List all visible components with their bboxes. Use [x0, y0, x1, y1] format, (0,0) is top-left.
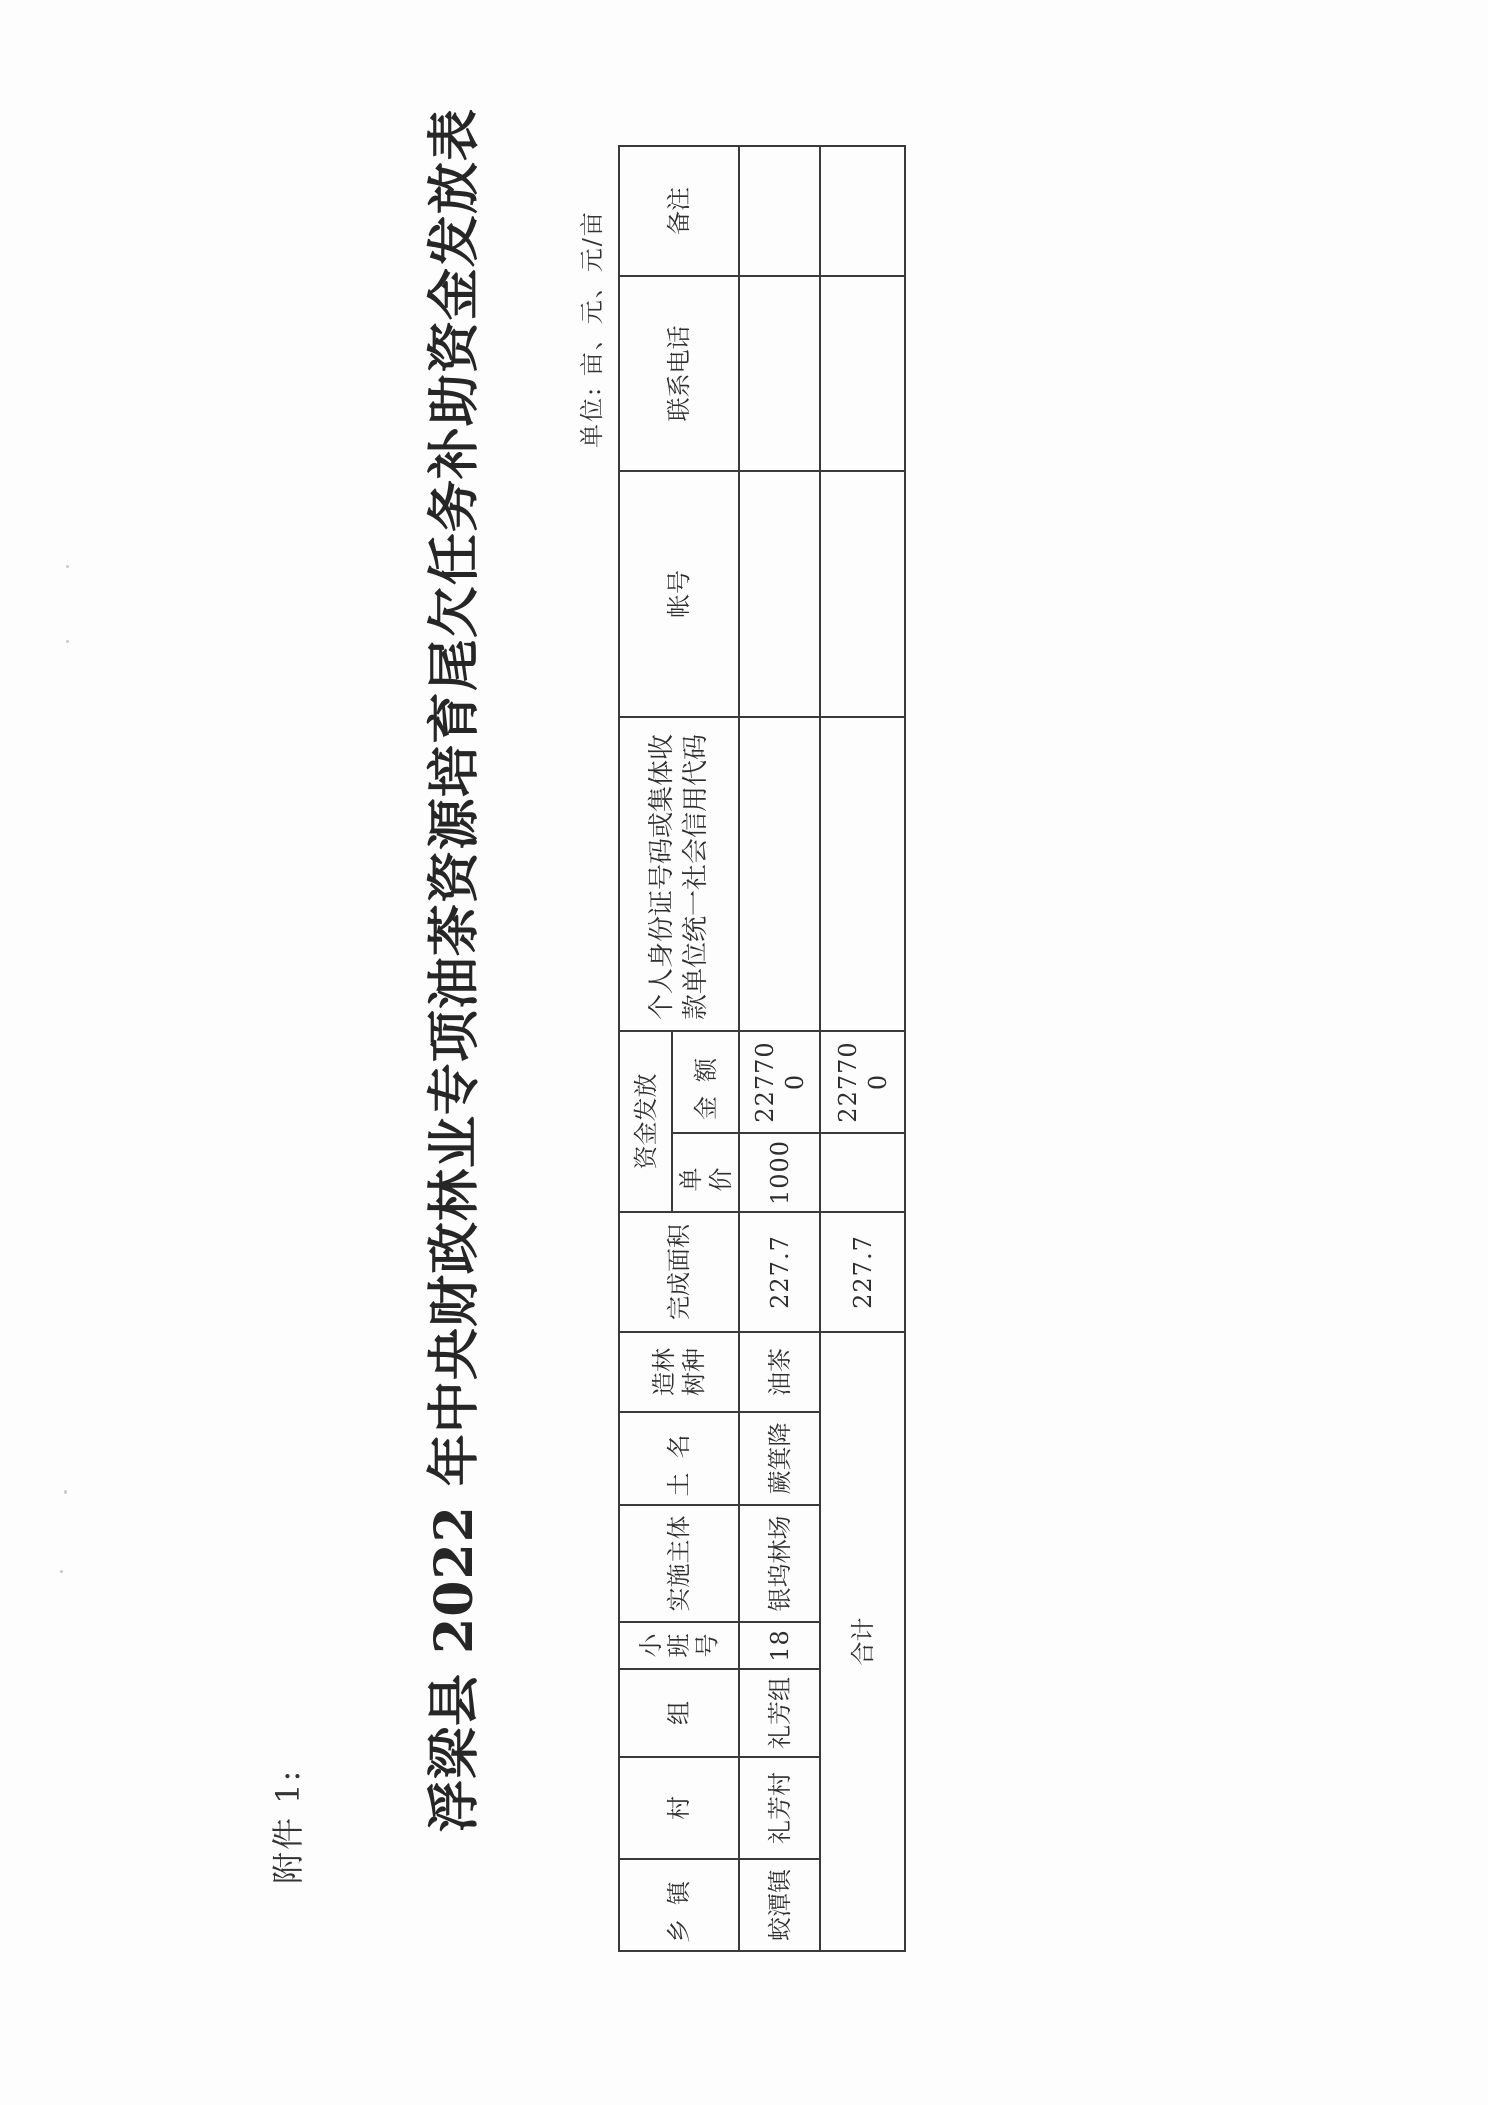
table-total-row: 合计 227.7 227700: [820, 146, 905, 1951]
header-local-name: 土名: [619, 1412, 739, 1505]
scan-speck: [66, 565, 69, 568]
cell-township: 蛟潭镇: [739, 1859, 820, 1951]
total-unit-price: [820, 1133, 905, 1212]
units-note: 单位: 亩、元、元/亩: [577, 210, 607, 448]
scan-speck: [66, 640, 69, 643]
total-amount: 227700: [820, 1031, 905, 1133]
header-tree-species: 造林树种: [619, 1332, 739, 1412]
cell-completed-area: 227.7: [739, 1212, 820, 1332]
header-phone: 联系电话: [619, 276, 739, 471]
subsidy-table-grid: 乡镇 村 组 小班号 实施主体 土名 造林树种 完成面积 资金发放 个人身份证号…: [618, 145, 906, 1952]
attachment-label: 附件 1:: [270, 1769, 306, 1884]
table-header-row: 乡镇 村 组 小班号 实施主体 土名 造林树种 完成面积 资金发放 个人身份证号…: [619, 146, 672, 1951]
header-completed-area: 完成面积: [619, 1212, 739, 1332]
document-title: 浮梁县 2022 年中央财政林业专项油茶资源培育尾欠任务补助资金发放表: [410, 342, 500, 1832]
header-implementer: 实施主体: [619, 1505, 739, 1622]
total-phone: [820, 276, 905, 471]
cell-account: [739, 471, 820, 717]
cell-local-name: 蕨箕降: [739, 1412, 820, 1505]
subsidy-table: 乡镇 村 组 小班号 实施主体 土名 造林树种 完成面积 资金发放 个人身份证号…: [618, 147, 896, 1952]
cell-implementer: 银坞林场: [739, 1505, 820, 1622]
total-id-code: [820, 717, 905, 1031]
header-unit-price: 单价: [672, 1133, 739, 1212]
header-funding: 资金发放: [619, 1031, 672, 1212]
cell-phone: [739, 276, 820, 471]
cell-unit-price: 1000: [739, 1133, 820, 1212]
total-completed-area: 227.7: [820, 1212, 905, 1332]
header-amount: 金额: [672, 1031, 739, 1133]
scan-speck: [64, 1490, 67, 1494]
cell-subcompartment: 18: [739, 1622, 820, 1669]
header-remarks: 备注: [619, 146, 739, 276]
cell-tree-species: 油茶: [739, 1332, 820, 1412]
total-account: [820, 471, 905, 717]
cell-amount: 227700: [739, 1031, 820, 1133]
cell-group: 礼芳组: [739, 1669, 820, 1757]
header-village: 村: [619, 1757, 739, 1859]
cell-village: 礼芳村: [739, 1757, 820, 1859]
header-group: 组: [619, 1669, 739, 1757]
cell-remarks: [739, 146, 820, 276]
table-row: 蛟潭镇 礼芳村 礼芳组 18 银坞林场 蕨箕降 油茶 227.7 1000 22…: [739, 146, 820, 1951]
header-id-code: 个人身份证号码或集体收款单位统一社会信用代码: [619, 717, 739, 1031]
header-account: 帐号: [619, 471, 739, 717]
scan-speck: [60, 1570, 63, 1573]
total-label: 合计: [820, 1332, 905, 1951]
cell-id-code: [739, 717, 820, 1031]
header-township: 乡镇: [619, 1859, 739, 1951]
header-subcompartment: 小班号: [619, 1622, 739, 1669]
total-remarks: [820, 146, 905, 276]
